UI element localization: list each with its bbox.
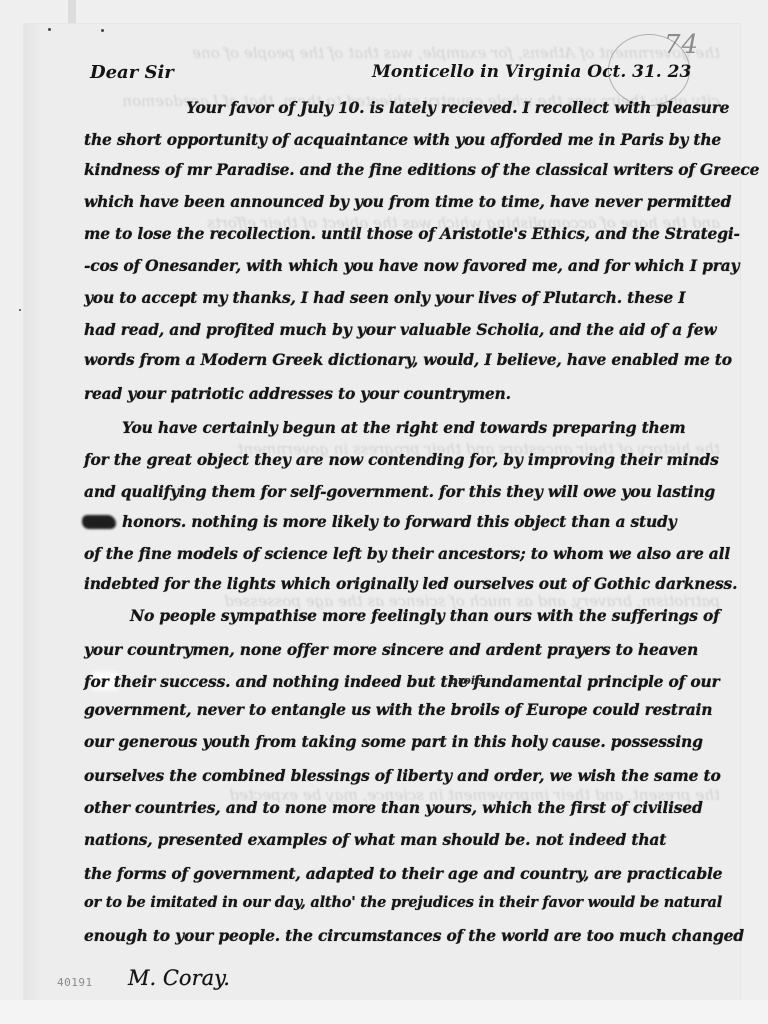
page-shadow <box>24 24 42 1000</box>
letter-line: Your favor of July 10. is lately recieve… <box>186 98 730 117</box>
letter-line: enough to your people. the circumstances… <box>84 926 730 945</box>
interlinear-insertion: broils <box>450 674 485 687</box>
letter-line: for their success. and nothing indeed bu… <box>84 672 730 691</box>
scan-bottom-margin <box>0 1000 768 1024</box>
letter-line: You have certainly begun at the right en… <box>122 418 730 437</box>
salutation: Dear Sir <box>90 62 174 83</box>
folio-number: 74 <box>664 30 699 60</box>
letter-line: and qualifying them for self-government.… <box>84 482 730 501</box>
letter-line: nations, presented examples of what man … <box>84 830 730 849</box>
ink-speck <box>48 28 51 31</box>
letter-line: honors. nothing is more likely to forwar… <box>122 512 730 531</box>
letter-line: indebted for the lights which originally… <box>84 574 730 593</box>
letter-line: kindness of mr Paradise. and the fine ed… <box>84 160 730 179</box>
letter-line: the forms of government, adapted to thei… <box>84 864 730 883</box>
letter-line: read your patriotic addresses to your co… <box>84 384 730 403</box>
letter-line: ourselves the combined blessings of libe… <box>84 766 730 785</box>
letter-line: for the great object they are now conten… <box>84 450 730 469</box>
letter-line: you to accept my thanks, I had seen only… <box>84 288 730 307</box>
letter-line: No people sympathise more feelingly than… <box>130 606 730 625</box>
letter-line: government, never to entangle us with th… <box>84 700 730 719</box>
letter-line: other countries, and to none more than y… <box>84 798 730 817</box>
archive-number: 40191 <box>57 976 93 989</box>
letter-line: the short opportunity of acquaintance wi… <box>84 130 730 149</box>
ink-blot <box>82 515 116 529</box>
letter-line: your countrymen, none offer more sincere… <box>84 640 730 659</box>
dateline: Monticello in Virginia Oct. 31. 23 <box>372 62 691 82</box>
letter-line: our generous youth from taking some part… <box>84 732 730 751</box>
ink-speck <box>19 309 21 311</box>
ink-speck <box>101 29 104 32</box>
letter-line: which have been announced by you from ti… <box>84 192 730 211</box>
letter-line: me to lose the recollection. until those… <box>84 224 730 243</box>
letter-line: words from a Modern Greek dictionary, wo… <box>84 350 730 369</box>
letter-line: had read, and profited much by your valu… <box>84 320 730 339</box>
letter-line: or to be imitated in our day, altho' the… <box>84 894 730 911</box>
letter-line: -cos of Onesander, with which you have n… <box>84 256 730 275</box>
scan-edge-strip <box>68 0 76 24</box>
letter-line: of the fine models of science left by th… <box>84 544 730 563</box>
addressee: M. Coray. <box>128 966 230 990</box>
